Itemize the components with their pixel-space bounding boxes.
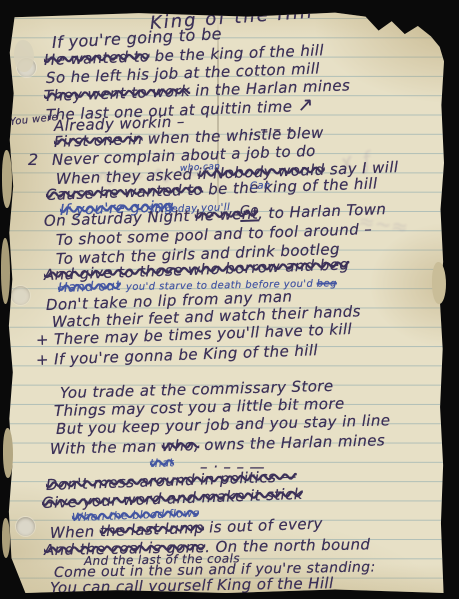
text-segment: is out of every — [204, 514, 323, 536]
text-segment: who, — [162, 436, 200, 455]
text-segment: who can — [180, 162, 221, 174]
insert-note: Can — [250, 180, 271, 192]
lyric-line: You can call yourself King of the Hill — [50, 574, 334, 597]
text-segment: You can call yourself King of the Hill — [50, 574, 334, 597]
text-segment: beg — [317, 278, 337, 289]
text-segment: owns the Harlan mines — [199, 431, 386, 454]
text-segment: the last lump — [99, 519, 204, 541]
torn-edge-fragment — [3, 428, 13, 478]
photo-of-manuscript: { "title": "King of the Hill", "ink": { … — [0, 0, 459, 599]
notebook-paper: ✗ ƒ ≈∼≈ ∼∿∼∿∼ King of the Hill You wereI… — [8, 12, 444, 593]
text-segment: Can — [250, 180, 271, 192]
torn-edge-fragment — [2, 150, 12, 208]
margin-verse-number: 2 — [28, 150, 39, 169]
insert-note: that — [150, 456, 174, 470]
text-segment: With the man — [50, 437, 162, 458]
worn-corner-spot — [14, 40, 34, 72]
insert-note: who can — [180, 162, 221, 174]
text-segment: 2 — [28, 150, 39, 169]
torn-edge-fragment — [2, 518, 10, 558]
text-segment: that — [150, 456, 174, 470]
handwriting-layer: You wereIf you're going to beHe wanted t… — [8, 12, 444, 593]
text-segment: Go — [240, 203, 259, 222]
torn-edge-fragment — [432, 262, 446, 304]
text-segment: + — [36, 350, 55, 369]
text-segment: When — [50, 522, 100, 542]
text-segment: ↗ — [297, 94, 314, 117]
torn-edge-fragment — [1, 238, 10, 304]
insert-note: Go — [240, 203, 259, 219]
photo-frame: ✗ ƒ ≈∼≈ ∼∿∼∿∼ King of the Hill You wereI… — [0, 0, 459, 599]
text-segment: + — [36, 330, 55, 349]
